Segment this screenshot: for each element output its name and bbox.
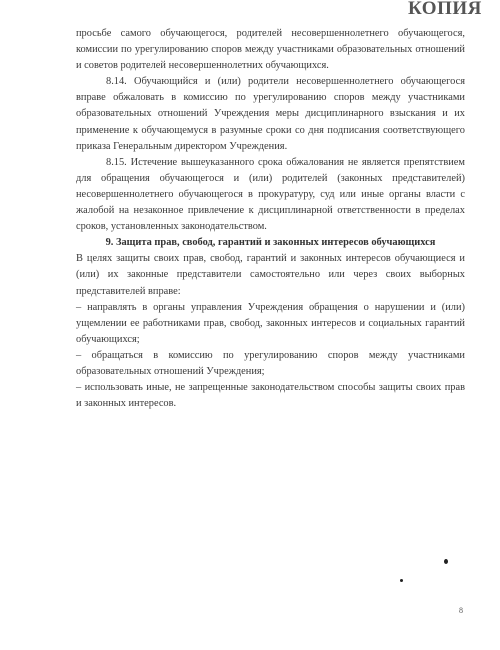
paragraph-continuation: просьбе самого обучающегося, родителей н…	[76, 26, 465, 74]
document-body: просьбе самого обучающегося, родителей н…	[76, 26, 465, 412]
paragraph-8-14: 8.14. Обучающийся и (или) родители несов…	[76, 74, 465, 154]
section-9-intro: В целях защиты своих прав, свобод, гаран…	[76, 251, 465, 299]
copy-stamp: КОПИЯ	[408, 0, 482, 20]
scan-speck	[444, 559, 448, 564]
section-9-heading: 9. Защита прав, свобод, гарантий и закон…	[76, 235, 465, 251]
page-number: 8	[459, 606, 463, 615]
scan-speck	[400, 579, 403, 582]
paragraph-8-15: 8.15. Истечение вышеуказанного срока обж…	[76, 155, 465, 235]
section-9-item: – обращаться в комиссию по урегулировани…	[76, 348, 465, 380]
section-9-item: – направлять в органы управления Учрежде…	[76, 300, 465, 348]
section-9-item: – использовать иные, не запрещенные зако…	[76, 380, 465, 412]
